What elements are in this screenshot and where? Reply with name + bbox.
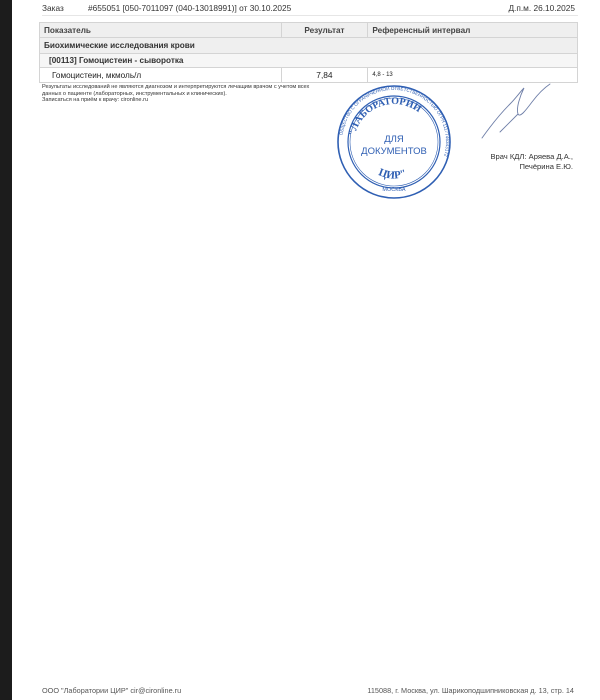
table-row: Гомоцистеин, мкмоль/л 7,84 4,8 - 13	[40, 68, 578, 83]
group-title: Биохимические исследования крови	[40, 38, 578, 54]
footer-address: 115088, г. Москва, ул. Шарикоподшипников…	[367, 686, 574, 695]
viewer-left-edge	[0, 0, 12, 700]
test-name: Гомоцистеин, мкмоль/л	[40, 68, 282, 83]
order-number: #655051 [050-7011097 (040-13018991)] от …	[88, 3, 291, 13]
group-row: Биохимические исследования крови	[40, 38, 578, 54]
header-result: Результат	[281, 23, 368, 38]
doctor-line-1: Врач КДЛ: Аряева Д.А.,	[490, 152, 573, 162]
appointment-link[interactable]: Записаться на приём к врачу: cironline.r…	[42, 97, 312, 104]
results-table: Показатель Результат Референсный интерва…	[39, 22, 578, 83]
header-indicator: Показатель	[40, 23, 282, 38]
svg-text:МОСКВА: МОСКВА	[382, 187, 406, 193]
last-period-date: Д.п.м. 26.10.2025	[508, 3, 575, 13]
subgroup-row: [00113] Гомоцистеин - сыворотка	[40, 54, 578, 68]
table-header-row: Показатель Результат Референсный интерва…	[40, 23, 578, 38]
header-reference: Референсный интервал	[368, 23, 578, 38]
svg-text:ЦИР": ЦИР"	[377, 166, 408, 181]
disclaimer-text: Результаты исследований не являются диаг…	[42, 84, 312, 97]
doctor-line-2: Печёрина Е.Ю.	[490, 162, 573, 172]
svg-text:ДОКУМЕНТОВ: ДОКУМЕНТОВ	[361, 146, 427, 157]
doctor-signature-block: Врач КДЛ: Аряева Д.А., Печёрина Е.Ю.	[490, 152, 573, 171]
test-reference: 4,8 - 13	[368, 68, 578, 83]
doctor-signature-icon	[480, 82, 560, 142]
disclaimer: Результаты исследований не являются диаг…	[42, 84, 312, 104]
subgroup-title: [00113] Гомоцистеин - сыворотка	[40, 54, 578, 68]
order-label: Заказ	[42, 3, 64, 13]
order-header: Заказ #655051 [050-7011097 (040-13018991…	[42, 2, 578, 16]
footer-company: ООО "Лаборатории ЦИР" cir@cironline.ru	[42, 686, 181, 695]
test-value: 7,84	[281, 68, 368, 83]
svg-text:ДЛЯ: ДЛЯ	[384, 134, 404, 145]
lab-stamp-icon: ОБЩЕСТВО С ОГРАНИЧЕННОЙ ОТВЕТСТВЕННОСТЬЮ…	[336, 84, 452, 200]
